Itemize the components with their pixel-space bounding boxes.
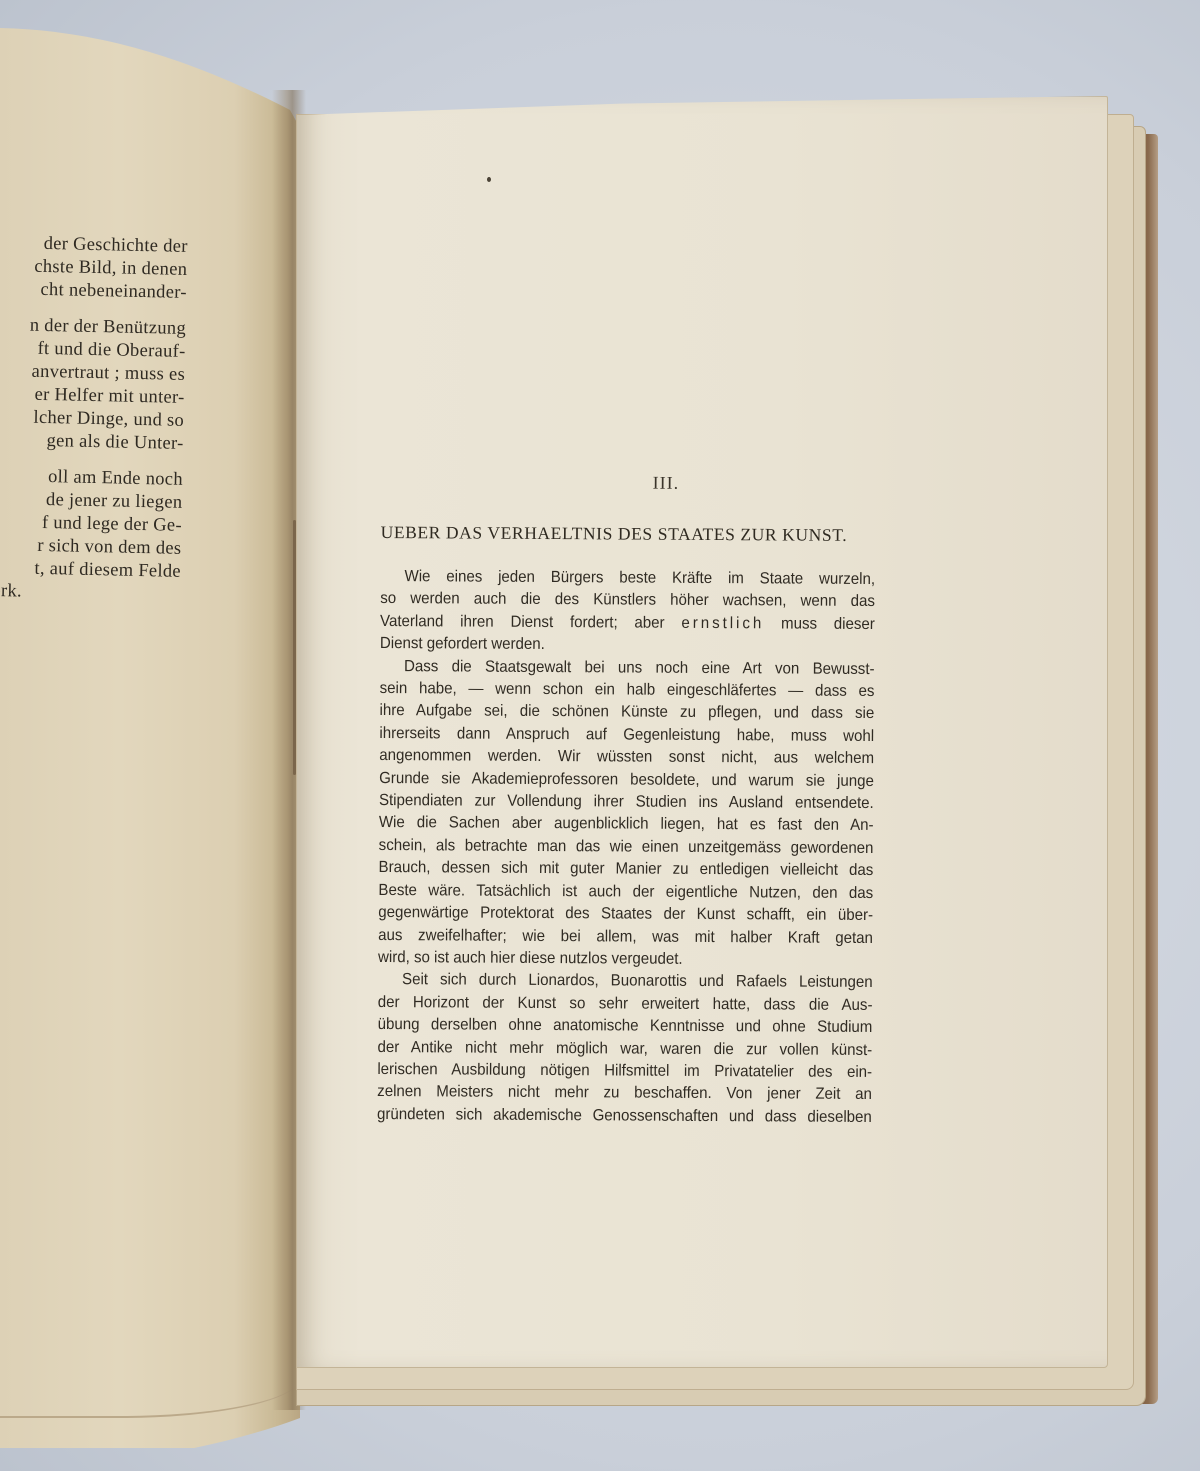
paper-speck bbox=[487, 177, 491, 182]
text-line: ihrerseits dann Anspruch auf Gegenleistu… bbox=[379, 722, 874, 747]
text-fragment: muss dieser bbox=[781, 614, 875, 633]
body-text: Wie eines jeden Bürgers beste Kräfte im … bbox=[377, 565, 920, 1128]
left-paragraph: der Geschichte der chste Bild, in denen … bbox=[0, 232, 188, 305]
text-line: Stipendiaten zur Vollendung ihrer Studie… bbox=[379, 789, 874, 814]
text-line: aus zweifelhafter; wie bei allem, was mi… bbox=[378, 923, 873, 948]
left-page-leaf-edges bbox=[0, 1378, 300, 1418]
text-line: erk. bbox=[0, 580, 181, 607]
text-line: wird, so ist auch hier diese nutzlos ver… bbox=[378, 946, 873, 971]
text-line: so werden auch die des Künstlers höher w… bbox=[380, 587, 875, 612]
text-line: cht nebeneinander- bbox=[0, 278, 187, 305]
text-line: lerischen Ausbildung nötigen Hilfsmittel… bbox=[377, 1058, 872, 1083]
text-line: Brauch, dessen sich mit guter Manier zu … bbox=[379, 856, 874, 881]
text-fragment: Vaterland ihren Dienst fordert; aber bbox=[380, 612, 665, 632]
left-paragraph: n der der Benützung ft und die Oberauf- … bbox=[0, 314, 186, 456]
text-line: Seit sich durch Lionardos, Buonarottis u… bbox=[378, 968, 873, 993]
text-line: Wie die Sachen aber augenblicklich liege… bbox=[379, 811, 874, 836]
text-line: gegenwärtige Protektorat des Staates der… bbox=[378, 901, 873, 926]
text-line: Beste wäre. Tatsächlich ist auch der eig… bbox=[378, 879, 873, 904]
chapter-number: III. bbox=[651, 473, 681, 494]
text-line: Vaterland ihren Dienst fordert; aber ern… bbox=[380, 610, 875, 635]
text-line: Grunde sie Akademieprofessoren besoldete… bbox=[379, 767, 874, 792]
text-line: gen als die Unter- bbox=[0, 429, 184, 456]
left-paragraph: oll am Ende noch de jener zu liegen f un… bbox=[0, 465, 183, 607]
text-line: übung derselben ohne anatomische Kenntni… bbox=[378, 1013, 873, 1038]
text-line: gründeten sich akademische Genossenschaf… bbox=[377, 1103, 872, 1128]
chapter-content: III. UEBER DAS VERHAELTNIS DES STAATES Z… bbox=[377, 471, 921, 1128]
text-line: angenommen werden. Wir wüssten sonst nic… bbox=[379, 744, 874, 769]
left-page-text: der Geschichte der chste Bild, in denen … bbox=[0, 232, 188, 620]
text-line: der Antike nicht mehr möglich war, waren… bbox=[377, 1036, 872, 1061]
text-line: ihre Aufgabe sei, die schönen Künste zu … bbox=[379, 699, 874, 724]
chapter-title: UEBER DAS VERHAELTNIS DES STAATES ZUR KU… bbox=[381, 522, 921, 546]
right-page: III. UEBER DAS VERHAELTNIS DES STAATES Z… bbox=[296, 96, 1108, 1368]
text-line: der Horizont der Kunst so sehr erweitert… bbox=[378, 991, 873, 1016]
text-line: Wie eines jeden Bürgers beste Kräfte im … bbox=[380, 565, 875, 590]
paragraph: Wie eines jeden Bürgers beste Kräfte im … bbox=[380, 565, 921, 658]
emphasis-spaced: ernstlich bbox=[681, 614, 764, 633]
text-line: zelnen Meisters nicht mehr zu beschaffen… bbox=[377, 1080, 872, 1105]
paragraph: Seit sich durch Lionardos, Buonarottis u… bbox=[377, 968, 918, 1128]
text-line: sein habe, — wenn schon ein halb eingesc… bbox=[380, 677, 875, 702]
text-line: schein, als betrachte man das wie einen … bbox=[379, 834, 874, 859]
right-page-stack: III. UEBER DAS VERHAELTNIS DES STAATES Z… bbox=[296, 96, 1166, 1416]
paragraph: Dass die Staatsgewalt bei uns noch eine … bbox=[378, 655, 920, 972]
text-line: Dass die Staatsgewalt bei uns noch eine … bbox=[380, 655, 875, 680]
text-line: Dienst gefordert werden. bbox=[380, 632, 875, 657]
